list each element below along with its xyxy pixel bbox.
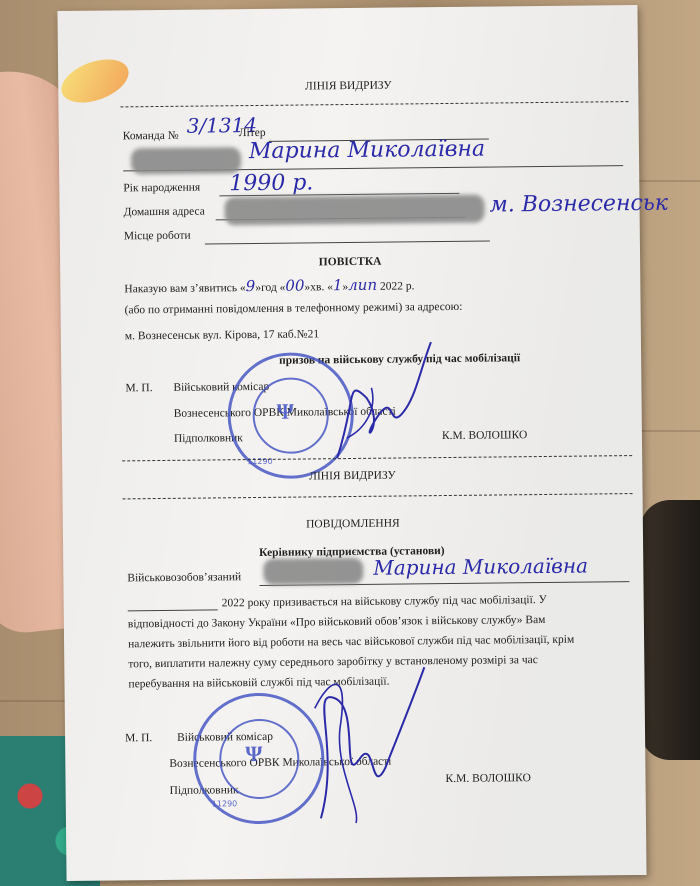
minute-label: »хв. «	[304, 281, 333, 293]
cut-line-label: ЛІНІЯ ВИДРИЗУ	[58, 77, 638, 95]
hour-value: 9	[246, 277, 256, 295]
cut-line-label: ЛІНІЯ ВИДРИЗУ	[62, 467, 642, 485]
shoe-background	[640, 500, 700, 760]
home-address-value: м. Вознесенськ	[489, 191, 668, 218]
notice-body-line: відповідності до Закону України «Про вій…	[128, 614, 546, 630]
notice-title: ПОВІДОМЛЕННЯ	[63, 515, 643, 533]
redacted-surname	[131, 147, 241, 174]
date-line	[128, 609, 218, 611]
summons-document: ЛІНІЯ ВИДРИЗУ Команда № 3/1314 Літер Мар…	[57, 5, 646, 881]
home-address-label: Домашня адреса	[124, 206, 205, 219]
workplace-line	[205, 241, 490, 245]
redacted-surname	[263, 558, 363, 585]
day-value: 1	[333, 276, 343, 294]
minute-value: 00	[285, 276, 304, 294]
signature	[326, 337, 437, 468]
signature	[299, 647, 431, 828]
cut-line	[123, 493, 633, 499]
summons-title: ПОВІСТКА	[60, 253, 640, 271]
birth-year-value: 1990 р.	[229, 170, 313, 196]
hour-label: »год «	[255, 282, 285, 294]
notice-body-line: 2022 року призивається на військову служ…	[222, 594, 547, 609]
conscript-label: Військовозобов’язаний	[127, 571, 241, 584]
birth-year-label: Рік народження	[123, 182, 200, 195]
phone-text: (або по отриманні повідомлення в телефон…	[125, 301, 463, 317]
letter-label: Літер	[239, 127, 266, 139]
trident-icon: Ψ	[277, 399, 294, 425]
conscript-value: Марина Миколаївна	[373, 554, 588, 580]
workplace-label: Місце роботи	[124, 230, 191, 243]
summons-address: м. Вознесенськ вул. Кірова, 17 каб.№21	[125, 328, 319, 342]
summons-order-line: Наказую вам з’явитись «9»год «00»хв. «1»…	[124, 275, 414, 296]
name-value: Марина Миколаївна	[249, 137, 485, 164]
cut-line	[120, 101, 628, 107]
order-text: Наказую вам з’явитись «	[124, 282, 246, 295]
mp-label: М. П.	[125, 382, 152, 394]
trident-icon: Ψ	[245, 741, 262, 767]
team-label: Команда №	[123, 130, 179, 143]
month-value: лип	[348, 276, 377, 294]
signatory-name: К.М. ВОЛОШКО	[442, 429, 527, 442]
redacted-address	[224, 195, 484, 226]
mp-label: М. П.	[125, 732, 152, 744]
stamp-code: 11290	[212, 799, 238, 808]
signatory-name: К.М. ВОЛОШКО	[445, 772, 530, 785]
year-text: 2022 р.	[380, 280, 415, 292]
